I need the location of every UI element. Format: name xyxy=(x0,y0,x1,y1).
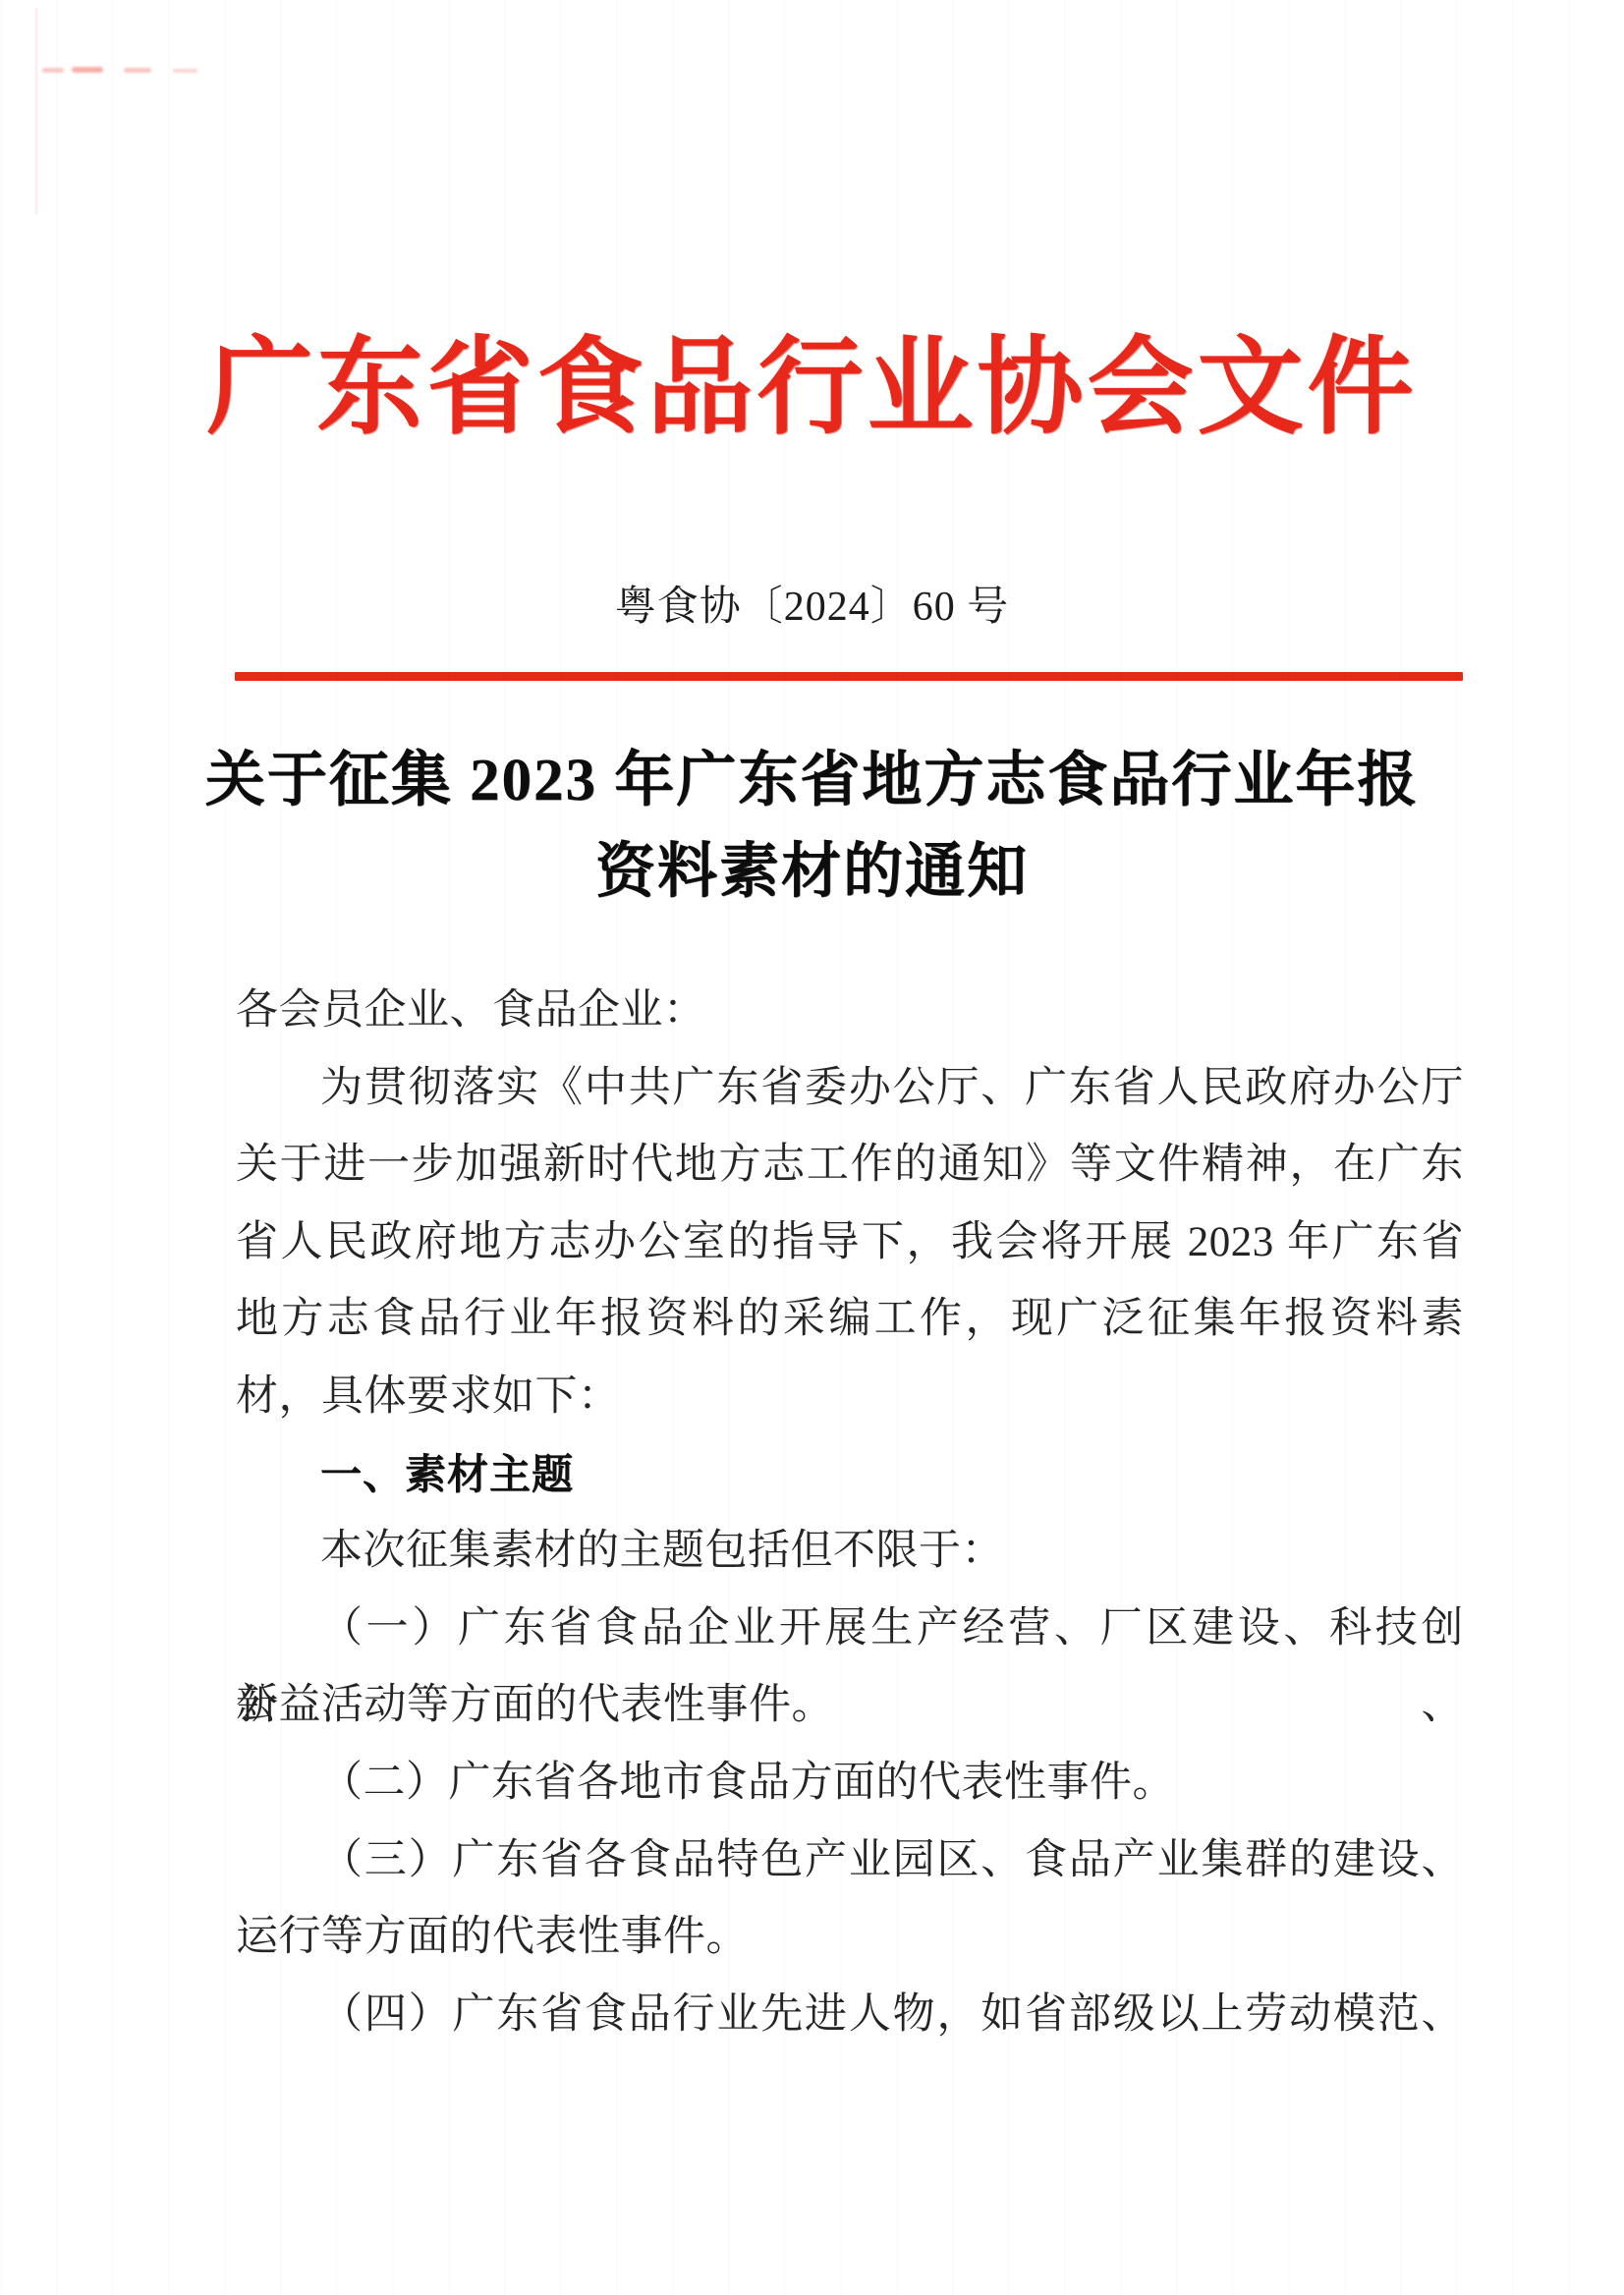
body-line: 本次征集素材的主题包括但不限于： xyxy=(236,1513,1464,1591)
body-line: 为贯彻落实《中共广东省委办公厅、广东省人民政府办公厅 xyxy=(236,1050,1464,1128)
notice-title-line1: 关于征集 2023 年广东省地方志食品行业年报 xyxy=(157,735,1467,826)
body-line-item-4: （四）广东省食品行业先进人物，如省部级以上劳动模范、 xyxy=(236,1977,1464,2054)
body-line: 材，具体要求如下： xyxy=(236,1359,1464,1436)
org-masthead-title: 广东省食品行业协会文件 xyxy=(0,330,1624,448)
scan-artifact xyxy=(124,68,151,73)
scan-artifact-line xyxy=(35,8,37,214)
body-line: 地方志食品行业年报资料的采编工作，现广泛征集年报资料素 xyxy=(236,1281,1464,1359)
red-separator-rule xyxy=(235,672,1463,681)
body-line-item-1: （一）广东省食品企业开展生产经营、厂区建设、科技创新、 xyxy=(236,1591,1464,1668)
notice-body: 各会员企业、食品企业： 为贯彻落实《中共广东省委办公厅、广东省人民政府办公厅 关… xyxy=(236,973,1464,2053)
section-heading: 一、素材主题 xyxy=(236,1436,1464,1514)
document-page: 广东省食品行业协会文件 粤食协〔2024〕60 号 关于征集 2023 年广东省… xyxy=(0,0,1624,2295)
body-line: 运行等方面的代表性事件。 xyxy=(236,1899,1464,1977)
body-line: 关于进一步加强新时代地方志工作的通知》等文件精神，在广东 xyxy=(236,1127,1464,1204)
scan-artifact xyxy=(42,68,64,73)
notice-title: 关于征集 2023 年广东省地方志食品行业年报 资料素材的通知 xyxy=(157,735,1467,918)
body-line-item-2: （二）广东省各地市食品方面的代表性事件。 xyxy=(236,1745,1464,1822)
document-number: 粤食协〔2024〕60 号 xyxy=(0,580,1624,635)
body-line-item-3: （三）广东省各食品特色产业园区、食品产业集群的建设、 xyxy=(236,1822,1464,1900)
scan-artifact xyxy=(173,69,197,73)
scan-artifact xyxy=(72,67,103,73)
body-line: 省人民政府地方志办公室的指导下，我会将开展 2023 年广东省 xyxy=(236,1204,1464,1282)
notice-title-line2: 资料素材的通知 xyxy=(157,826,1467,918)
body-line-salutation: 各会员企业、食品企业： xyxy=(236,973,1464,1050)
